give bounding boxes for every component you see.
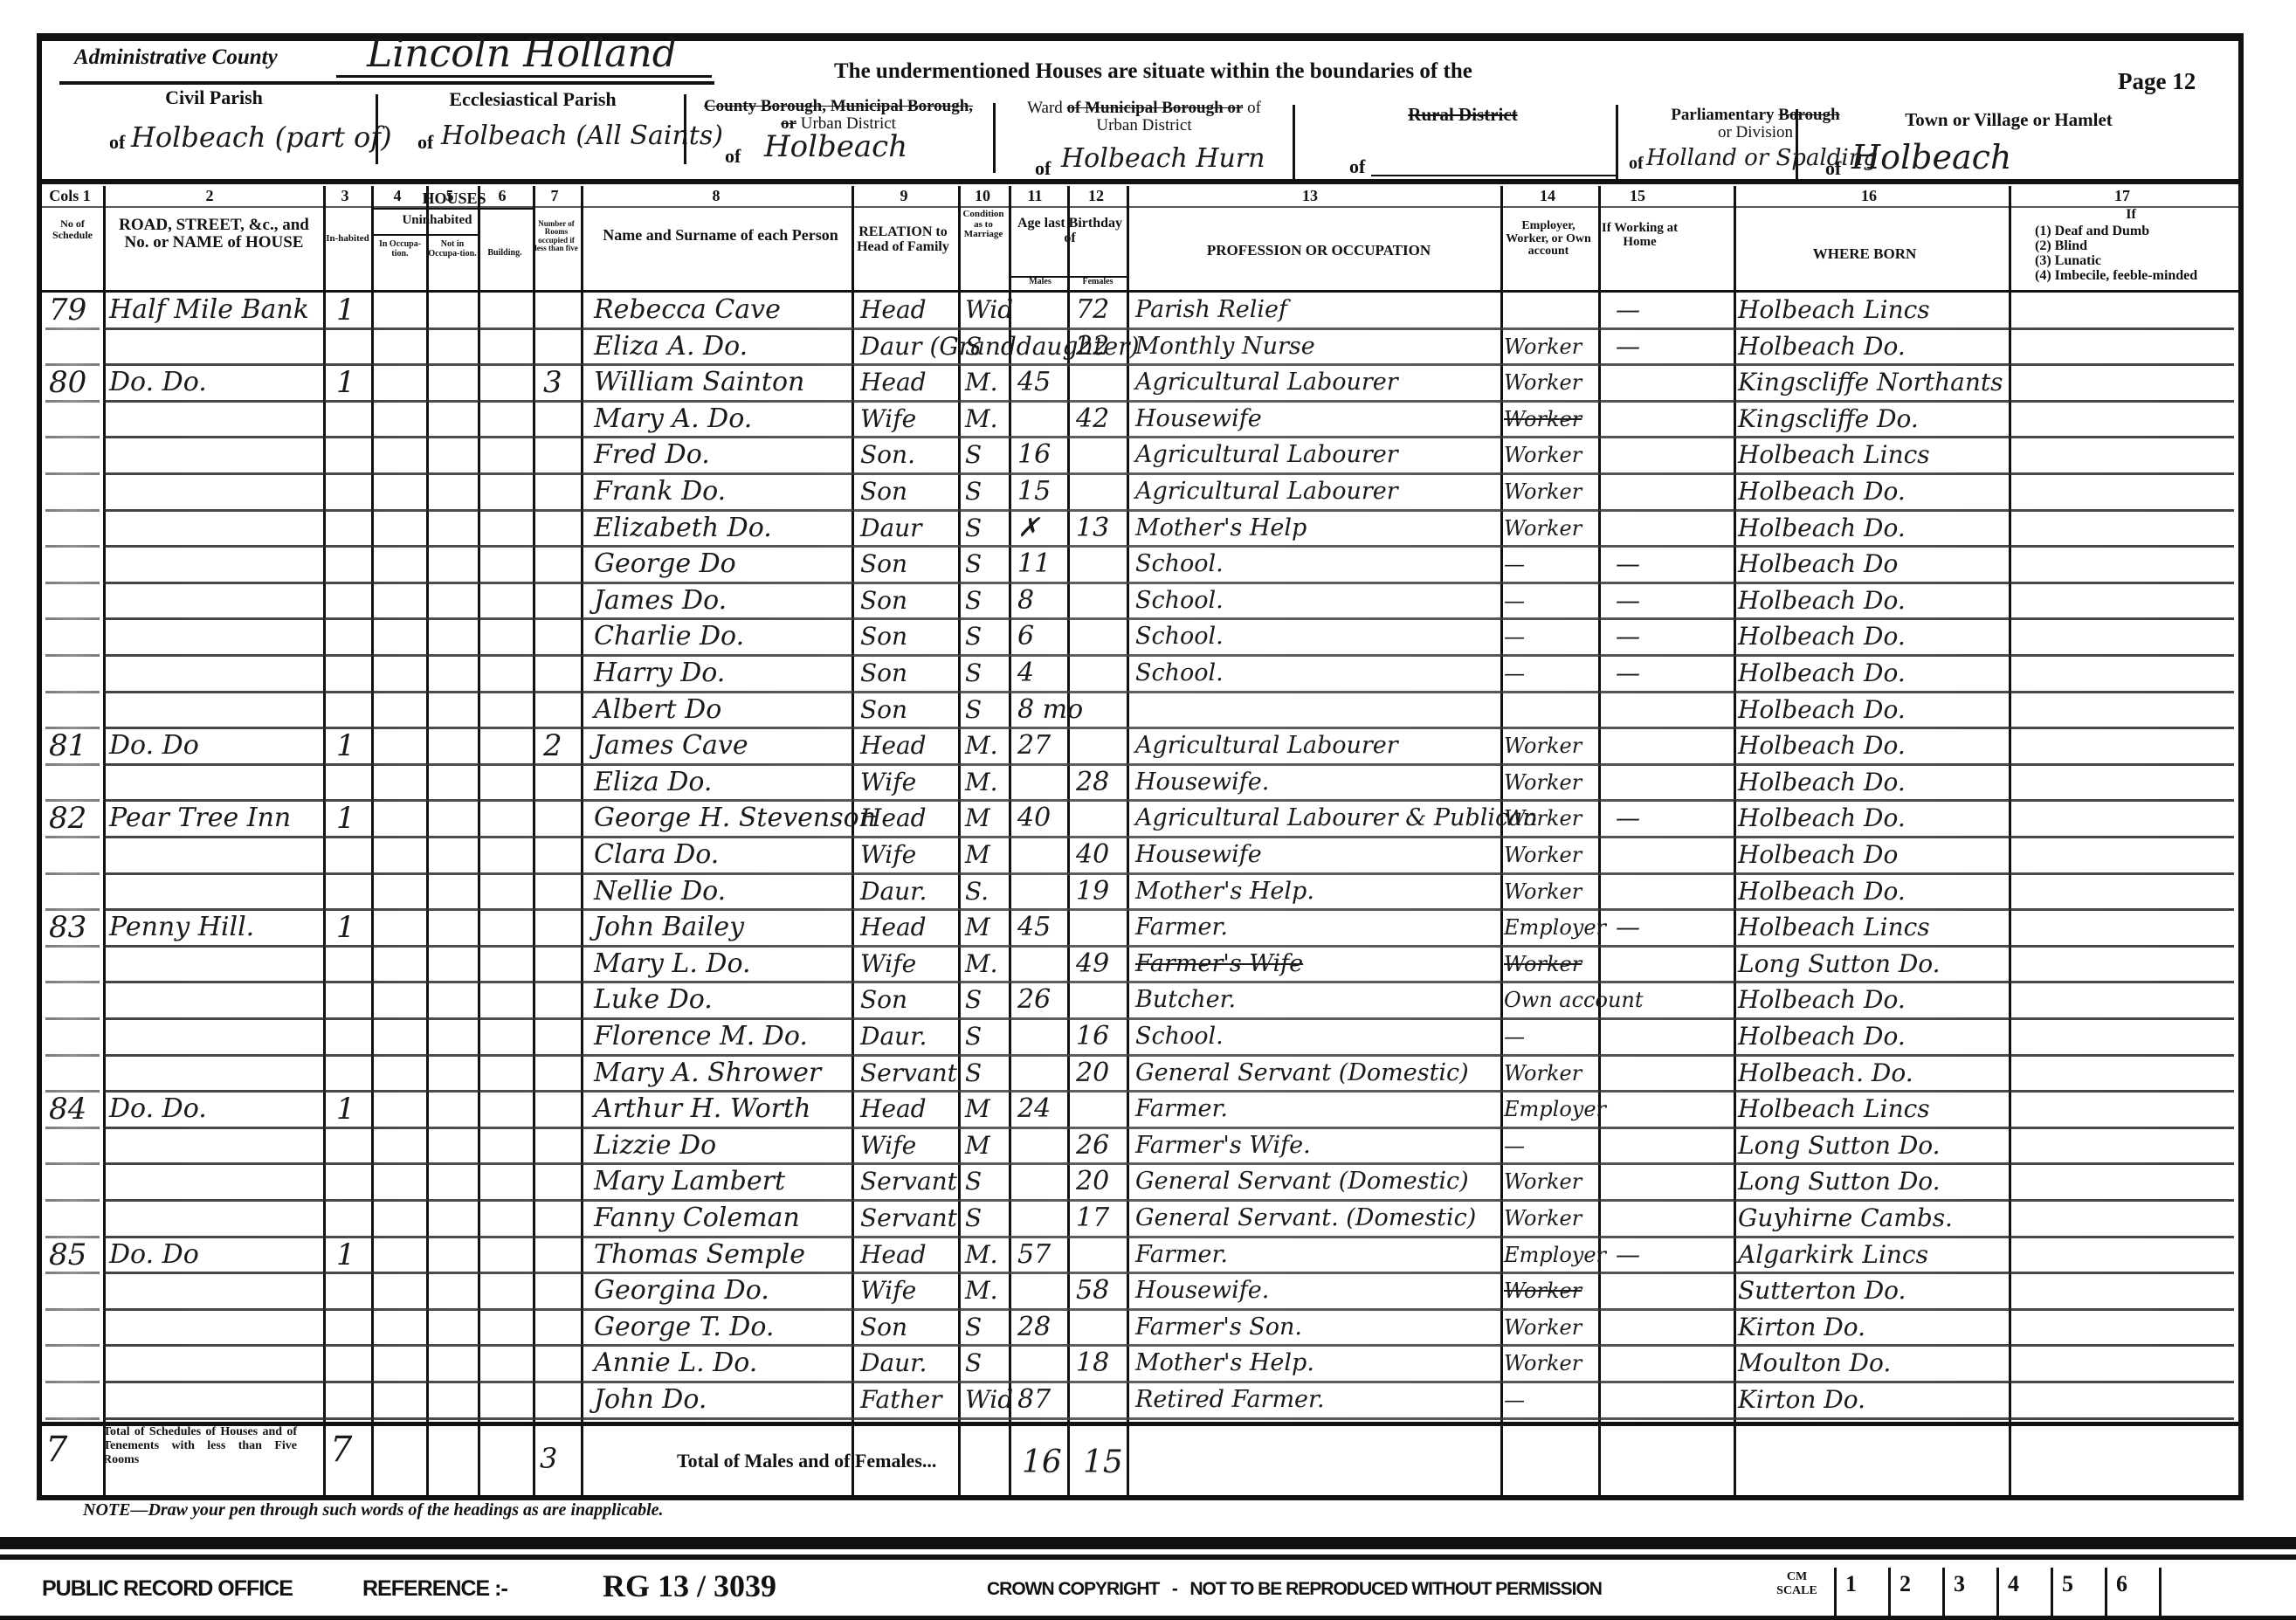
cell-female-age: 18 (1076, 1346, 1109, 1381)
scale-mark: 4 (1996, 1568, 2051, 1620)
cell-employer: Worker (1504, 438, 1582, 472)
cell-occupation: School. (1135, 619, 1224, 654)
cell-name: Annie L. Do. (594, 1346, 757, 1381)
cell-employer: — (1504, 583, 1525, 618)
column-divider (852, 186, 854, 1498)
column-number: 10 (956, 187, 1009, 205)
column-number: 11 (1009, 187, 1061, 205)
cell-name: Frank Do. (594, 474, 726, 509)
boundaries-text: The undermentioned Houses are situate wi… (834, 59, 1472, 84)
cell-male-age: 57 (1017, 1237, 1051, 1272)
column-number: 13 (1284, 187, 1336, 205)
cell-occupation: School. (1135, 656, 1224, 691)
cell-born: Holbeach Do. (1738, 329, 1906, 364)
cell-male-age: 11 (1017, 547, 1051, 582)
cell-born: Holbeach Lincs (1738, 1092, 1930, 1127)
cell-occupation: Agricultural Labourer (1135, 438, 1398, 472)
cell-female-age: 42 (1076, 402, 1109, 437)
cell-female-age: 22 (1076, 329, 1109, 364)
cell-relation: Servant (860, 1164, 957, 1199)
cell-relation: Head (860, 728, 927, 763)
cell-born: Holbeach Do (1738, 838, 1898, 872)
cell-name: Albert Do (594, 693, 721, 727)
cell-relation: Son (860, 619, 907, 654)
cell-female-age: 16 (1076, 1019, 1109, 1054)
cell-name: Elizabeth Do. (594, 511, 772, 546)
infirmity-option: (1) Deaf and Dumb (2035, 224, 2197, 238)
cell-relation: Daur. (860, 1346, 927, 1381)
county-value: Lincoln Holland (367, 31, 677, 76)
header-rooms: Number of Rooms occupied if less than fi… (534, 220, 578, 253)
cell-occupation: School. (1135, 583, 1224, 618)
header-condition: Condition as to Marriage (961, 210, 1006, 240)
cell-at-home: — (1616, 329, 1640, 364)
cell-male-age: 4 (1017, 656, 1034, 691)
header-where-born: WHERE BORN (1734, 246, 1996, 262)
cell-born: Holbeach Do. (1738, 1019, 1906, 1054)
cell-schedule: 80 (49, 365, 86, 400)
cell-occupation: General Servant (Domestic) (1135, 1056, 1469, 1091)
cell-name: William Sainton (594, 365, 804, 400)
cell-occupation: School. (1135, 547, 1224, 582)
total-schedules-label: Total of Schedules of Houses and of Tene… (103, 1425, 297, 1467)
cell-relation: Head (860, 910, 927, 945)
cell-occupation: Farmer. (1135, 1237, 1228, 1272)
cell-relation: Servant (860, 1201, 957, 1236)
cell-employer: Worker (1504, 838, 1582, 872)
cell-female-age: 20 (1076, 1164, 1109, 1199)
header-not-in-occupation: Not in Occupa-tion. (428, 240, 477, 259)
cell-name: Eliza A. Do. (594, 329, 748, 364)
cell-occupation: Agricultural Labourer (1135, 728, 1398, 763)
column-number: 8 (690, 187, 742, 205)
town-value: Holbeach (1851, 138, 2011, 176)
header-age: Age last Birthday of (1013, 217, 1127, 246)
rural-district-label: Rural District (1345, 105, 1581, 124)
cell-relation: Head (860, 293, 927, 327)
cell-name: Eliza Do. (594, 765, 712, 800)
cell-condition: S (965, 583, 982, 618)
cell-at-home: — (1616, 1237, 1640, 1272)
scale-mark: 3 (1942, 1568, 1996, 1620)
column-divider (581, 186, 583, 1498)
cell-relation: Wife (860, 1273, 916, 1308)
cell-name: George T. Do. (594, 1310, 774, 1345)
cell-employer: Worker (1504, 365, 1582, 400)
cell-male-age: 27 (1017, 728, 1051, 763)
urban-district-value: Holbeach (764, 129, 907, 164)
cell-condition: S (965, 1201, 982, 1236)
cell-name: Charlie Do. (594, 619, 744, 654)
cell-condition: M. (965, 728, 998, 763)
footer-rule (0, 1537, 2296, 1549)
cell-condition: S (965, 329, 982, 364)
header-females: Females (1071, 278, 1125, 287)
cell-male-age: 6 (1017, 619, 1034, 654)
cell-born: Algarkirk Lincs (1738, 1237, 1928, 1272)
cell-female-age: 49 (1076, 947, 1109, 982)
cell-born: Holbeach Do. (1738, 511, 1906, 546)
cell-condition: S (965, 656, 982, 691)
cell-name: George Do (594, 547, 736, 582)
column-number: 17 (2096, 187, 2148, 205)
cell-born: Holbeach Do. (1738, 656, 1906, 691)
cell-relation: Son (860, 547, 907, 582)
column-divider (1067, 186, 1070, 1498)
cell-inhabited: 1 (336, 910, 355, 945)
column-divider (478, 186, 480, 1498)
cell-relation: Father (860, 1382, 941, 1417)
cell-male-age: ✗ (1017, 511, 1039, 546)
total-males-females-label: Total of Males and of Females... (677, 1450, 936, 1472)
cell-employer: Worker (1504, 402, 1582, 437)
cell-name: Mary L. Do. (594, 947, 751, 982)
cell-born: Holbeach Do. (1738, 693, 1906, 727)
header-building: Building. (479, 249, 531, 259)
column-number: 15 (1611, 187, 1664, 205)
total-schedules: 7 (45, 1432, 67, 1467)
cell-inhabited: 1 (336, 1237, 355, 1272)
cell-at-home: — (1616, 801, 1640, 836)
header-employer: Employer, Worker, or Own account (1500, 220, 1596, 259)
cell-relation: Head (860, 801, 927, 836)
cell-road: Pear Tree Inn (109, 801, 291, 836)
cell-occupation: Agricultural Labourer (1135, 474, 1398, 509)
cell-occupation: Housewife (1135, 838, 1262, 872)
cell-male-age: 15 (1017, 474, 1051, 509)
cell-occupation: Farmer's Wife (1135, 947, 1303, 982)
cell-occupation: Mother's Help (1135, 511, 1307, 546)
cell-occupation: Housewife. (1135, 1273, 1269, 1308)
cell-born: Holbeach. Do. (1738, 1056, 1913, 1091)
civil-parish-value: Holbeach (part of) (131, 121, 392, 154)
urban-district-label: County Borough, Municipal Borough, or Ur… (699, 98, 978, 133)
header-occupation: PROFESSION OR OCCUPATION (1135, 243, 1502, 259)
infirmity-option: (3) Lunatic (2035, 253, 2197, 268)
cell-condition: M (965, 910, 990, 945)
cell-rooms: 3 (543, 365, 562, 400)
cell-schedule: 84 (49, 1092, 86, 1127)
cell-relation: Son (860, 693, 907, 727)
cell-condition: M. (965, 1273, 998, 1308)
cell-occupation: Parish Relief (1135, 293, 1287, 327)
cell-occupation: School. (1135, 1019, 1224, 1054)
civil-parish-label: Civil Parish (70, 87, 358, 107)
cell-rooms: 2 (543, 728, 562, 763)
cell-condition: M (965, 1092, 990, 1127)
cell-condition: S (965, 1346, 982, 1381)
cell-male-age: 87 (1017, 1382, 1051, 1417)
column-divider (426, 186, 429, 1498)
cell-condition: M (965, 801, 990, 836)
cell-relation: Head (860, 365, 927, 400)
cell-condition: S (965, 511, 982, 546)
cell-born: Kirton Do. (1738, 1310, 1865, 1345)
cell-employer: Worker (1504, 1346, 1582, 1381)
cell-born: Long Sutton Do. (1738, 1128, 1941, 1163)
ecclesiastical-parish-label: Ecclesiastical Parish (402, 89, 664, 109)
cell-name: Nellie Do. (594, 874, 726, 909)
cell-male-age: 26 (1017, 982, 1051, 1017)
cell-inhabited: 1 (336, 293, 355, 327)
header-infirmity-if: If (2017, 208, 2244, 223)
cell-condition: S (965, 619, 982, 654)
scale-mark: 6 (2105, 1568, 2159, 1620)
total-rooms: 3 (540, 1441, 557, 1476)
column-divider (371, 186, 374, 1498)
cell-employer: — (1504, 547, 1525, 582)
note-text: NOTE—Draw your pen through such words of… (83, 1500, 664, 1520)
cell-name: James Do. (594, 583, 727, 618)
cell-born: Long Sutton Do. (1738, 947, 1941, 982)
cell-relation: Daur (860, 511, 922, 546)
cell-at-home: — (1616, 619, 1640, 654)
header-road: ROAD, STREET, &c., and No. or NAME of HO… (105, 217, 323, 252)
cell-name: Lizzie Do (594, 1128, 716, 1163)
cell-relation: Son. (860, 438, 915, 472)
cell-born: Holbeach Do. (1738, 874, 1906, 909)
infirmity-option: (4) Imbecile, feeble-minded (2035, 268, 2197, 283)
cell-female-age: 28 (1076, 765, 1109, 800)
cell-employer: Employer (1504, 1237, 1606, 1272)
cell-relation: Son (860, 1310, 907, 1345)
ward-label: Ward of Municipal Borough or of Urban Di… (1004, 100, 1284, 134)
cell-employer: Employer (1504, 1092, 1606, 1127)
cell-relation: Son (860, 656, 907, 691)
header-uninhabited: Uninhabited (374, 214, 500, 228)
cell-employer: Worker (1504, 1164, 1582, 1199)
cell-occupation: Butcher. (1135, 982, 1236, 1017)
cell-born: Holbeach Do. (1738, 982, 1906, 1017)
cell-condition: M. (965, 365, 998, 400)
cell-condition: M. (965, 765, 998, 800)
cell-born: Holbeach Do. (1738, 474, 1906, 509)
header-inhabited: In-habited (325, 234, 370, 245)
cell-schedule: 79 (49, 293, 86, 327)
column-divider (1598, 186, 1601, 1498)
cell-employer: Worker (1504, 1310, 1582, 1345)
footer-reference: RG 13 / 3039 (603, 1568, 776, 1604)
cell-inhabited: 1 (336, 365, 355, 400)
column-divider (1734, 186, 1736, 1498)
scale-mark: 2 (1888, 1568, 1942, 1620)
page-number: Page 12 (2118, 68, 2196, 95)
cell-occupation: Housewife. (1135, 765, 1269, 800)
cell-female-age: 20 (1076, 1056, 1109, 1091)
cell-at-home: — (1616, 656, 1640, 691)
cell-inhabited: 1 (336, 1092, 355, 1127)
cell-condition: S (965, 438, 982, 472)
cell-schedule: 85 (49, 1237, 86, 1272)
cell-employer: — (1504, 619, 1525, 654)
cell-male-age: 40 (1017, 801, 1051, 836)
cell-relation: Servant (860, 1056, 957, 1091)
cell-born: Sutterton Do. (1738, 1273, 1906, 1308)
cell-at-home: — (1616, 547, 1640, 582)
footer-office: PUBLIC RECORD OFFICE (42, 1576, 293, 1602)
header-at-home: If Working at Home (1598, 222, 1681, 250)
column-number: 16 (1843, 187, 1895, 205)
scale-mark: 5 (2051, 1568, 2105, 1620)
cell-name: George H. Stevenson (594, 801, 876, 836)
cell-born: Kingscliffe Northants (1738, 365, 2003, 400)
cell-condition: S (965, 1056, 982, 1091)
cell-road: Do. Do (109, 728, 199, 763)
county-label: Administrative County (74, 45, 278, 70)
cell-born: Holbeach Do. (1738, 583, 1906, 618)
cell-road: Half Mile Bank (109, 293, 309, 327)
cell-born: Holbeach Lincs (1738, 438, 1930, 472)
cell-road: Do. Do (109, 1237, 199, 1272)
total-inhabited: 7 (330, 1432, 352, 1467)
total-females: 15 (1083, 1445, 1123, 1480)
cell-relation: Son (860, 982, 907, 1017)
footer-reference-label: REFERENCE :- (362, 1576, 507, 1602)
town-label: Town or Village or Hamlet (1808, 110, 2210, 129)
cell-relation: Wife (860, 1128, 916, 1163)
cell-born: Holbeach Do. (1738, 765, 1906, 800)
cell-condition: Wid (965, 293, 1013, 327)
cell-born: Holbeach Do. (1738, 801, 1906, 836)
cell-employer: Worker (1504, 1273, 1582, 1308)
footer-copyright: CROWN COPYRIGHT - NOT TO BE REPRODUCED W… (987, 1579, 1602, 1600)
cell-female-age: 40 (1076, 838, 1109, 872)
column-number: 2 (183, 187, 236, 205)
cell-name: James Cave (594, 728, 748, 763)
cell-occupation: Farmer. (1135, 1092, 1228, 1127)
header-in-occupation: In Occupa-tion. (374, 240, 426, 259)
cell-inhabited: 1 (336, 728, 355, 763)
cell-employer: — (1504, 656, 1525, 691)
cell-relation: Daur. (860, 874, 927, 909)
cell-born: Long Sutton Do. (1738, 1164, 1941, 1199)
cell-male-age: 24 (1017, 1092, 1051, 1127)
cell-relation: Wife (860, 838, 916, 872)
column-divider (103, 186, 106, 1498)
cell-female-age: 13 (1076, 511, 1109, 546)
cell-occupation: Farmer's Wife. (1135, 1128, 1311, 1163)
cell-relation: Daur. (860, 1019, 927, 1054)
cell-female-age: 26 (1076, 1128, 1109, 1163)
cell-condition: S (965, 547, 982, 582)
cell-condition: S (965, 1310, 982, 1345)
column-divider (533, 186, 535, 1498)
cell-male-age: 8 mo (1017, 693, 1083, 727)
cell-employer: Worker (1504, 1201, 1582, 1236)
cell-employer: Own account (1504, 982, 1644, 1017)
scale-label: CM SCALE (1773, 1570, 1821, 1598)
scale-mark: 1 (1834, 1568, 1888, 1620)
cell-male-age: 8 (1017, 583, 1034, 618)
cell-name: Mary Lambert (594, 1164, 785, 1199)
cell-born: Holbeach Do. (1738, 619, 1906, 654)
cell-occupation: Mother's Help. (1135, 1346, 1314, 1381)
cell-schedule: 82 (49, 801, 86, 836)
cell-relation: Wife (860, 765, 916, 800)
total-males: 16 (1022, 1445, 1062, 1480)
cell-relation: Wife (860, 402, 916, 437)
cell-employer: — (1504, 1382, 1525, 1417)
cell-employer: Worker (1504, 728, 1582, 763)
cell-condition: M. (965, 1237, 998, 1272)
cell-occupation: Farmer. (1135, 910, 1228, 945)
cell-condition: M. (965, 402, 998, 437)
cell-name: Fred Do. (594, 438, 710, 472)
header-males: Males (1013, 278, 1067, 287)
column-divider (323, 186, 326, 1498)
cell-occupation: Agricultural Labourer (1135, 365, 1398, 400)
infirmity-option: (2) Blind (2035, 238, 2197, 253)
cell-at-home: — (1616, 910, 1640, 945)
cell-condition: S (965, 982, 982, 1017)
column-divider (1009, 186, 1011, 1498)
column-number: Cols 1 (44, 187, 96, 205)
column-number: 14 (1521, 187, 1574, 205)
header-infirmity-list: (1) Deaf and Dumb(2) Blind(3) Lunatic(4)… (2035, 224, 2197, 283)
header-name: Name and Surname of each Person (594, 227, 847, 244)
cell-name: Fanny Coleman (594, 1201, 800, 1236)
cell-schedule: 81 (49, 728, 86, 763)
cell-condition: S (965, 474, 982, 509)
cell-road: Do. Do. (109, 1092, 207, 1127)
cell-born: Kingscliffe Do. (1738, 402, 1919, 437)
cell-born: Moulton Do. (1738, 1346, 1891, 1381)
cell-employer: Worker (1504, 1056, 1582, 1091)
cell-occupation: Retired Farmer. (1135, 1382, 1325, 1417)
cell-employer: — (1504, 1019, 1525, 1054)
cell-occupation: Agricultural Labourer & Publican (1135, 801, 1538, 836)
cell-name: John Do. (594, 1382, 707, 1417)
column-divider (958, 186, 961, 1498)
cell-relation: Son (860, 474, 907, 509)
cell-condition: M (965, 838, 990, 872)
column-number: 9 (878, 187, 930, 205)
cell-born: Holbeach Do. (1738, 728, 1906, 763)
cell-relation: Head (860, 1237, 927, 1272)
column-divider (1500, 186, 1503, 1498)
cell-name: Thomas Semple (594, 1237, 805, 1272)
cell-condition: S (965, 1019, 982, 1054)
cell-condition: Wid (965, 1382, 1013, 1417)
cell-condition: S. (965, 874, 989, 909)
cell-male-age: 28 (1017, 1310, 1051, 1345)
cell-employer: Worker (1504, 874, 1582, 909)
cell-occupation: General Servant (Domestic) (1135, 1164, 1469, 1199)
cell-employer: Worker (1504, 474, 1582, 509)
cell-name: Mary A. Shrower (594, 1056, 821, 1091)
cell-born: Kirton Do. (1738, 1382, 1865, 1417)
cell-name: Luke Do. (594, 982, 713, 1017)
cell-name: Mary A. Do. (594, 402, 752, 437)
cell-male-age: 16 (1017, 438, 1051, 472)
cell-occupation: Mother's Help. (1135, 874, 1314, 909)
cell-occupation: Monthly Nurse (1135, 329, 1315, 364)
cell-employer: Worker (1504, 329, 1582, 364)
cell-employer: Worker (1504, 801, 1582, 836)
header-schedule: No of Schedule (42, 218, 103, 240)
cell-name: John Bailey (594, 910, 744, 945)
cell-male-age: 45 (1017, 365, 1051, 400)
cell-employer: — (1504, 1128, 1525, 1163)
cell-name: Arthur H. Worth (594, 1092, 810, 1127)
cell-at-home: — (1616, 293, 1640, 327)
cell-schedule: 83 (49, 910, 86, 945)
cell-employer: Employer (1504, 910, 1606, 945)
cell-name: Harry Do. (594, 656, 725, 691)
cell-born: Holbeach Lincs (1738, 910, 1930, 945)
cell-occupation: General Servant. (Domestic) (1135, 1201, 1476, 1236)
cell-employer: Worker (1504, 947, 1582, 982)
